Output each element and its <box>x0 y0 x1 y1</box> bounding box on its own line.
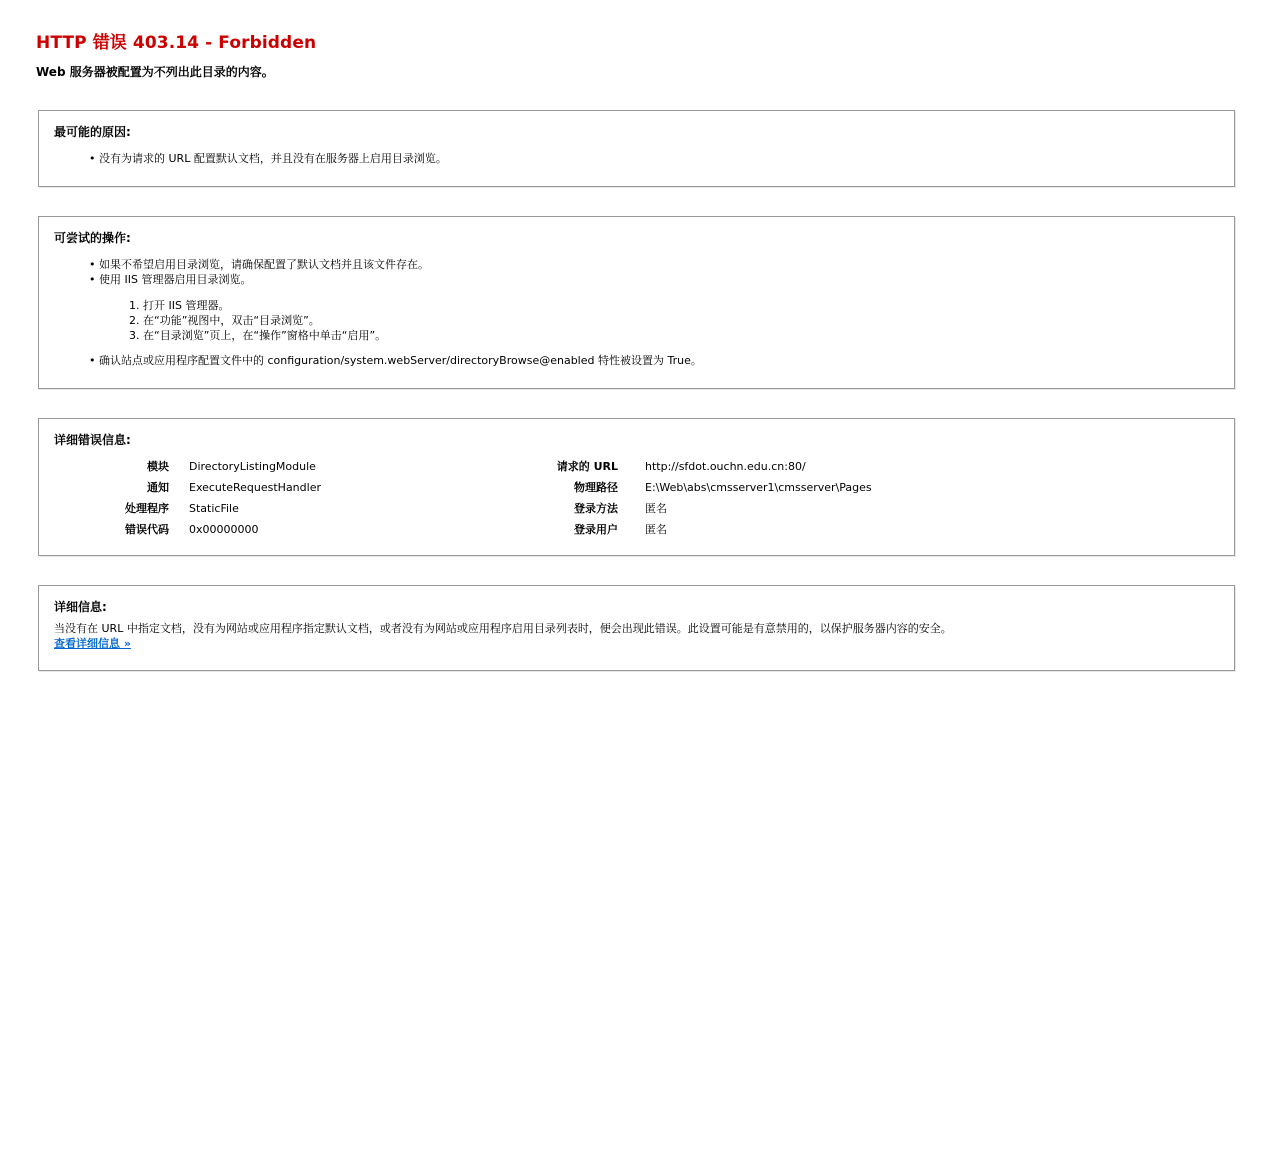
detail-label: 通知 <box>49 480 169 495</box>
detail-value: http://sfdot.ouchn.edu.cn:80/ <box>645 459 806 474</box>
action-item: 使用 IIS 管理器启用目录浏览。 <box>89 272 429 287</box>
detail-value: ExecuteRequestHandler <box>189 480 321 495</box>
causes-list: 没有为请求的 URL 配置默认文档，并且没有在服务器上启用目录浏览。 <box>89 151 447 166</box>
detail-value: 匿名 <box>645 501 667 516</box>
error-details-heading: 详细错误信息: <box>54 431 131 448</box>
enable-steps-list: 1. 打开 IIS 管理器。 2. 在“功能”视图中，双击“目录浏览”。 3. … <box>129 298 386 343</box>
actions-list: 如果不希望启用目录浏览，请确保配置了默认文档并且该文件存在。 使用 IIS 管理… <box>89 257 429 287</box>
detail-label: 模块 <box>49 459 169 474</box>
step-item: 3. 在“目录浏览”页上，在“操作”窗格中单击“启用”。 <box>129 328 386 343</box>
detail-value: 匿名 <box>645 522 667 537</box>
more-info-text: 当没有在 URL 中指定文档，没有为网站或应用程序指定默认文档，或者没有为网站或… <box>54 621 952 636</box>
error-title: HTTP 错误 403.14 - Forbidden <box>36 28 316 53</box>
detail-label: 处理程序 <box>49 501 169 516</box>
error-subtitle: Web 服务器被配置为不列出此目录的内容。 <box>36 63 316 80</box>
step-item: 1. 打开 IIS 管理器。 <box>129 298 386 313</box>
detail-value: DirectoryListingModule <box>189 459 316 474</box>
step-item: 2. 在“功能”视图中，双击“目录浏览”。 <box>129 313 386 328</box>
detail-label: 物理路径 <box>499 480 618 495</box>
detail-label: 请求的 URL <box>499 459 618 474</box>
more-info-heading: 详细信息: <box>54 598 107 615</box>
more-info-box: 详细信息: 当没有在 URL 中指定文档，没有为网站或应用程序指定默认文档，或者… <box>38 585 1235 671</box>
error-header: HTTP 错误 403.14 - Forbidden Web 服务器被配置为不列… <box>36 28 316 80</box>
action-item: 确认站点或应用程序配置文件中的 configuration/system.web… <box>89 353 702 368</box>
actions-box: 可尝试的操作: 如果不希望启用目录浏览，请确保配置了默认文档并且该文件存在。 使… <box>38 216 1235 389</box>
detail-label: 登录用户 <box>499 522 618 537</box>
view-more-info-link[interactable]: 查看详细信息 » <box>54 637 131 650</box>
causes-box: 最可能的原因: 没有为请求的 URL 配置默认文档，并且没有在服务器上启用目录浏… <box>38 110 1235 187</box>
causes-heading: 最可能的原因: <box>54 123 131 140</box>
detail-label: 登录方法 <box>499 501 618 516</box>
actions-heading: 可尝试的操作: <box>54 229 131 246</box>
action-item: 如果不希望启用目录浏览，请确保配置了默认文档并且该文件存在。 <box>89 257 429 272</box>
detail-label: 错误代码 <box>49 522 169 537</box>
detail-value: StaticFile <box>189 501 239 516</box>
detail-value: 0x00000000 <box>189 522 259 537</box>
error-details-box: 详细错误信息: 模块 DirectoryListingModule 通知 Exe… <box>38 418 1235 556</box>
actions-list-final: 确认站点或应用程序配置文件中的 configuration/system.web… <box>89 353 702 368</box>
cause-item: 没有为请求的 URL 配置默认文档，并且没有在服务器上启用目录浏览。 <box>89 151 447 166</box>
detail-value: E:\Web\abs\cmsserver1\cmsserver\Pages <box>645 480 872 495</box>
